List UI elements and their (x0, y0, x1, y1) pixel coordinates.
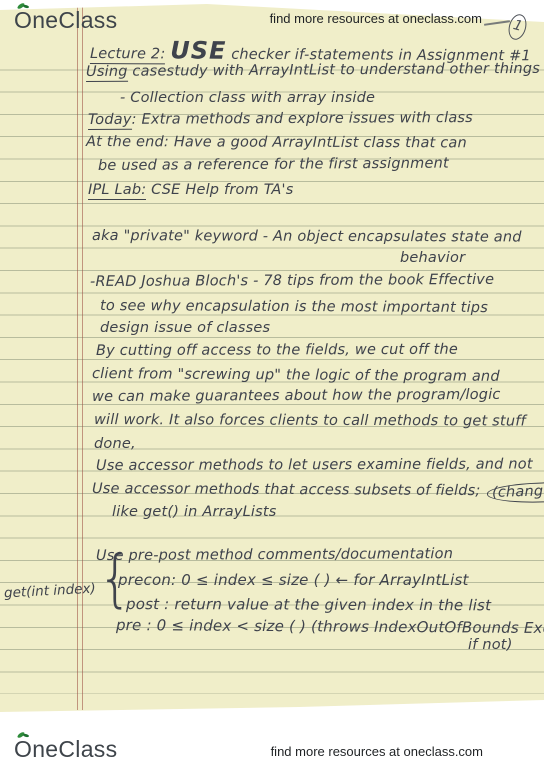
note-line: be used as a reference for the first ass… (98, 156, 449, 174)
note-line: At the end: Have a good ArrayIntList cla… (86, 134, 467, 151)
note-line: aka "private" keyword - An object encaps… (92, 228, 522, 245)
footer-tagline: find more resources at oneclass.com (271, 744, 483, 759)
note-line: pre : 0 ≤ index < size ( ) (throws Index… (116, 616, 544, 637)
note-line: By cutting off access to the fields, we … (96, 342, 458, 359)
note-line: Use accessor methods to let users examin… (96, 456, 533, 474)
note-line: client from "screwing up" the logic of t… (92, 366, 500, 385)
note-line: IPL Lab: CSE Help from TA's (88, 182, 293, 198)
note-line: like get() in ArrayLists (112, 504, 277, 520)
note-line: Using casestudy with ArrayIntList to und… (86, 61, 540, 80)
note-line: will work. It also forces clients to cal… (94, 412, 526, 430)
note-line: we can make guarantees about how the pro… (92, 387, 501, 405)
note-line: - Collection class with array inside (120, 90, 375, 106)
logo-text: OneClass (14, 7, 117, 33)
note-line: if not) (468, 637, 513, 653)
note-line: Use accessor methods that access subsets… (92, 480, 544, 503)
note-line: Today: Extra methods and explore issues … (88, 110, 473, 128)
note-line: -READ Joshua Bloch's - 78 tips from the … (90, 272, 494, 290)
oneclass-logo-footer: OneClass (14, 738, 117, 761)
oneclass-logo: OneClass (14, 9, 117, 32)
note-line: precon: 0 ≤ index ≤ size ( ) ← for Array… (118, 571, 469, 589)
red-margin-line (77, 6, 83, 710)
header-tagline: find more resources at oneclass.com (270, 11, 482, 26)
note-line: Use pre-post method comments/documentati… (96, 546, 453, 564)
note-line: to see why encapsulation is the most imp… (100, 298, 488, 316)
note-line: behavior (400, 250, 465, 266)
note-line: post : return value at the given index i… (126, 595, 491, 614)
logo-text: OneClass (14, 736, 117, 762)
curly-brace: { (98, 548, 132, 610)
note-line: done, (94, 436, 136, 452)
scanned-note-page: OneClass find more resources at oneclass… (0, 0, 544, 770)
note-line: design issue of classes (100, 320, 270, 336)
